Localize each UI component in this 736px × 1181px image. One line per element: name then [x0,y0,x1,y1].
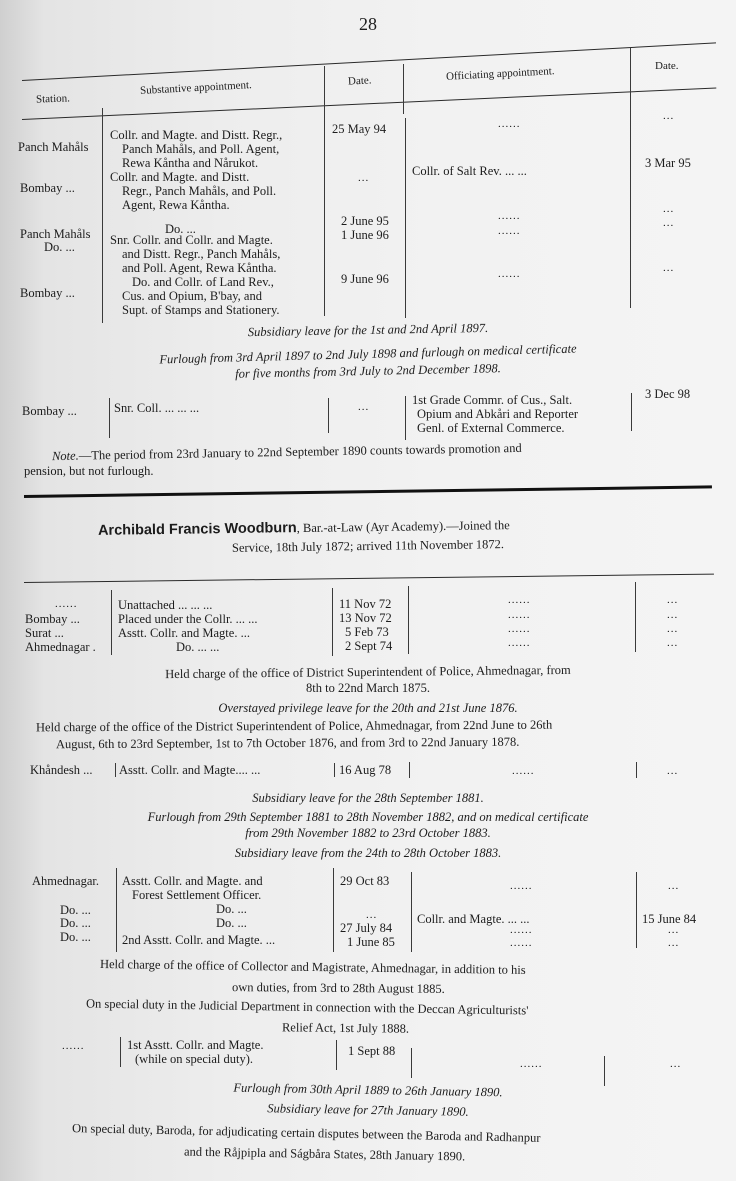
officiating-date-cell: ... [670,1058,681,1070]
station-cell: Bombay ... [25,612,80,626]
date-cell: 1 June 85 [347,935,395,949]
furlough-1881-line2: from 29th November 1882 to 23rd October … [0,826,736,841]
date-cell: 29 Oct 83 [340,874,389,888]
officer-name: Archibald Francis Woodburn [98,520,297,539]
subsidiary-leave-1881: Subsidiary leave for the 28th September … [0,791,736,806]
appointment-cell: 1st Asstt. Collr. and Magte. (while on s… [127,1038,263,1066]
col-divider [328,398,329,433]
officiating-cell: ...... [508,609,531,621]
officiating-cell: ...... [498,225,521,237]
appointment-cell: Collr. and Magte. and Distt. Regr., Panc… [110,128,282,170]
date-cell: 1 Sept 88 [348,1044,395,1058]
col-divider [604,1056,605,1086]
col-divider [116,868,117,952]
officiating-cell: ...... [510,924,533,936]
officiating-cell: ...... [508,637,531,649]
charge-1885-line1: Held charge of the office of Collector a… [100,957,526,978]
officiating-cell: ...... [510,880,533,892]
appointment-cell: Asstt. Collr. and Magte. ... [118,626,250,640]
officiating-cell: ...... [508,594,531,606]
col-divider [336,1040,337,1070]
officiating-date-cell: ... [667,637,678,649]
note-label: Note. [52,449,79,463]
officiating-date-cell: ... [668,880,679,892]
date-cell: ... [358,172,369,184]
officiating-cell: 1st Grade Commr. of Cus., Salt. Opium an… [412,393,578,435]
officiating-date-cell: ... [667,609,678,621]
date-cell: ... [366,909,377,921]
station-cell: ...... [62,1040,85,1052]
col-divider [109,398,110,438]
subsidiary-leave-1883: Subsidiary leave from the 24th to 28th O… [0,846,736,861]
col-divider [635,582,636,652]
header-substantive: Substantive appointment. [140,79,252,97]
appointment-cell: Do. ... [216,902,247,916]
officiating-date-cell: ... [663,262,674,274]
col-divider [120,1037,121,1067]
station-cell: Bombay ... [22,404,77,418]
appointment-cell: Placed under the Collr. ... ... [118,612,258,626]
header-officiating-date: Date. [655,60,679,72]
station-cell: Panch Mahåls [20,227,90,241]
note-text: —The period from 23rd January to 22nd Se… [79,441,522,463]
officiating-cell: ...... [498,268,521,280]
station-cell: Do. ... [60,916,91,930]
date-cell: ... [358,401,369,413]
col-divider [409,762,410,778]
officer-title: , Bar.-at-Law (Ayr Academy).—Joined the [297,518,510,535]
col-divider [636,872,637,948]
col-divider [630,48,631,308]
note-paragraph: Note.—The period from 23rd January to 22… [52,441,522,464]
station-cell: Panch Mahåls [18,140,88,154]
col-divider [405,396,406,440]
station-cell: Surat ... [25,626,64,640]
col-divider [324,66,325,316]
station-cell: Khåndesh ... [30,763,93,777]
appointment-cell: Unattached ... ... ... [118,598,212,612]
charge-1876-line2: August, 6th to 23rd September, 1st to 7t… [56,735,519,752]
table2-top-rule [24,574,714,583]
appointment-cell: Asstt. Collr. and Magte. and Forest Sett… [122,874,263,902]
col-divider [111,590,112,655]
station-cell: Do. ... [60,930,91,944]
overstayed-leave-1876: Overstayed privilege leave for the 20th … [0,701,736,716]
officiating-cell: ...... [498,210,521,222]
charge-1875-line2: 8th to 22nd March 1875. [0,681,736,696]
page-number: 28 [0,14,736,35]
officiating-date-cell: 3 Dec 98 [645,387,690,401]
station-cell: Do. ... [44,240,75,254]
officiating-date-cell: ... [663,110,674,122]
officiating-date-cell: ... [668,924,679,936]
col-divider [636,762,637,778]
officiating-cell: Collr. of Salt Rev. ... ... [412,164,527,178]
col-divider [115,763,116,777]
officiating-date-cell: ... [667,623,678,635]
col-divider [333,868,334,952]
col-divider [334,763,335,777]
header-bottom-rule [22,87,716,120]
date-cell: 1 June 96 [341,228,389,242]
header-station: Station. [36,92,70,105]
officiating-cell: ...... [520,1058,543,1070]
date-cell: 16 Aug 78 [339,763,391,777]
date-cell: 5 Feb 73 [345,625,389,639]
appointment-cell: Collr. and Magte. and Distt. Regr., Panc… [110,170,276,212]
officer-heading: Archibald Francis Woodburn, Bar.-at-Law … [98,516,510,540]
col-divider [102,108,103,323]
officiating-cell: ...... [510,937,533,949]
special-duty-1888-line1: On special duty in the Judicial Departme… [86,997,529,1019]
charge-1885-line2: own duties, from 3rd to 28th August 1885… [232,980,445,997]
charge-1876-line1: Held charge of the office of the Distric… [36,718,552,736]
special-duty-1890-line2: and the Råjpipla and Ságbåra States, 28t… [184,1145,465,1165]
officiating-date-cell: 3 Mar 95 [645,156,691,170]
appointment-cell: Do. and Collr. of Land Rev., Cus. and Op… [110,275,280,317]
special-duty-1890-line1: On special duty, Baroda, for adjudicatin… [72,1121,541,1146]
officiating-date-cell: ... [667,594,678,606]
officiating-date-cell: ... [663,217,674,229]
station-cell: Ahmednagar . [25,640,96,654]
col-divider [411,1048,412,1078]
appointment-cell: Do. ... ... [176,640,219,654]
date-cell: 9 June 96 [341,272,389,286]
header-date: Date. [348,74,372,87]
officiating-cell: ...... [508,623,531,635]
officiating-date-cell: ... [663,203,674,215]
appointment-cell: Snr. Collr. and Collr. and Magte. and Di… [110,233,280,275]
col-divider [403,64,404,114]
section-divider [24,485,712,498]
officiating-date-cell: ... [668,937,679,949]
date-cell: 11 Nov 72 [339,597,391,611]
officiating-cell: ...... [512,765,535,777]
appointment-cell: Asstt. Collr. and Magte.... ... [119,763,260,777]
appointment-cell: Snr. Coll. ... ... ... [114,401,199,415]
officiating-date-cell: ... [667,765,678,777]
station-cell: Bombay ... [20,181,75,195]
col-divider [631,393,632,431]
furlough-1881-line1: Furlough from 29th September 1881 to 28t… [0,810,736,825]
date-cell: 13 Nov 72 [339,611,392,625]
station-cell: Ahmednagar. [32,874,99,888]
date-cell: 2 June 95 [341,214,389,228]
col-divider [332,588,333,656]
date-cell: 27 July 84 [340,921,392,935]
col-divider [405,118,406,318]
col-divider [411,872,412,952]
col-divider [408,586,409,654]
date-cell: 25 May 94 [332,122,386,136]
special-duty-1888-line2: Relief Act, 1st July 1888. [282,1020,409,1036]
note-paragraph-continued: pension, but not furlough. [24,464,154,479]
appointment-cell: 2nd Asstt. Collr. and Magte. ... [122,933,275,947]
date-cell: 2 Sept 74 [345,639,392,653]
officiating-cell: ...... [498,118,521,130]
appointment-cell: Do. ... [216,916,247,930]
header-officiating: Officiating appointment. [446,65,555,83]
station-cell: Do. ... [60,903,91,917]
station-cell: Bombay ... [20,286,75,300]
station-cell: ...... [55,598,78,610]
